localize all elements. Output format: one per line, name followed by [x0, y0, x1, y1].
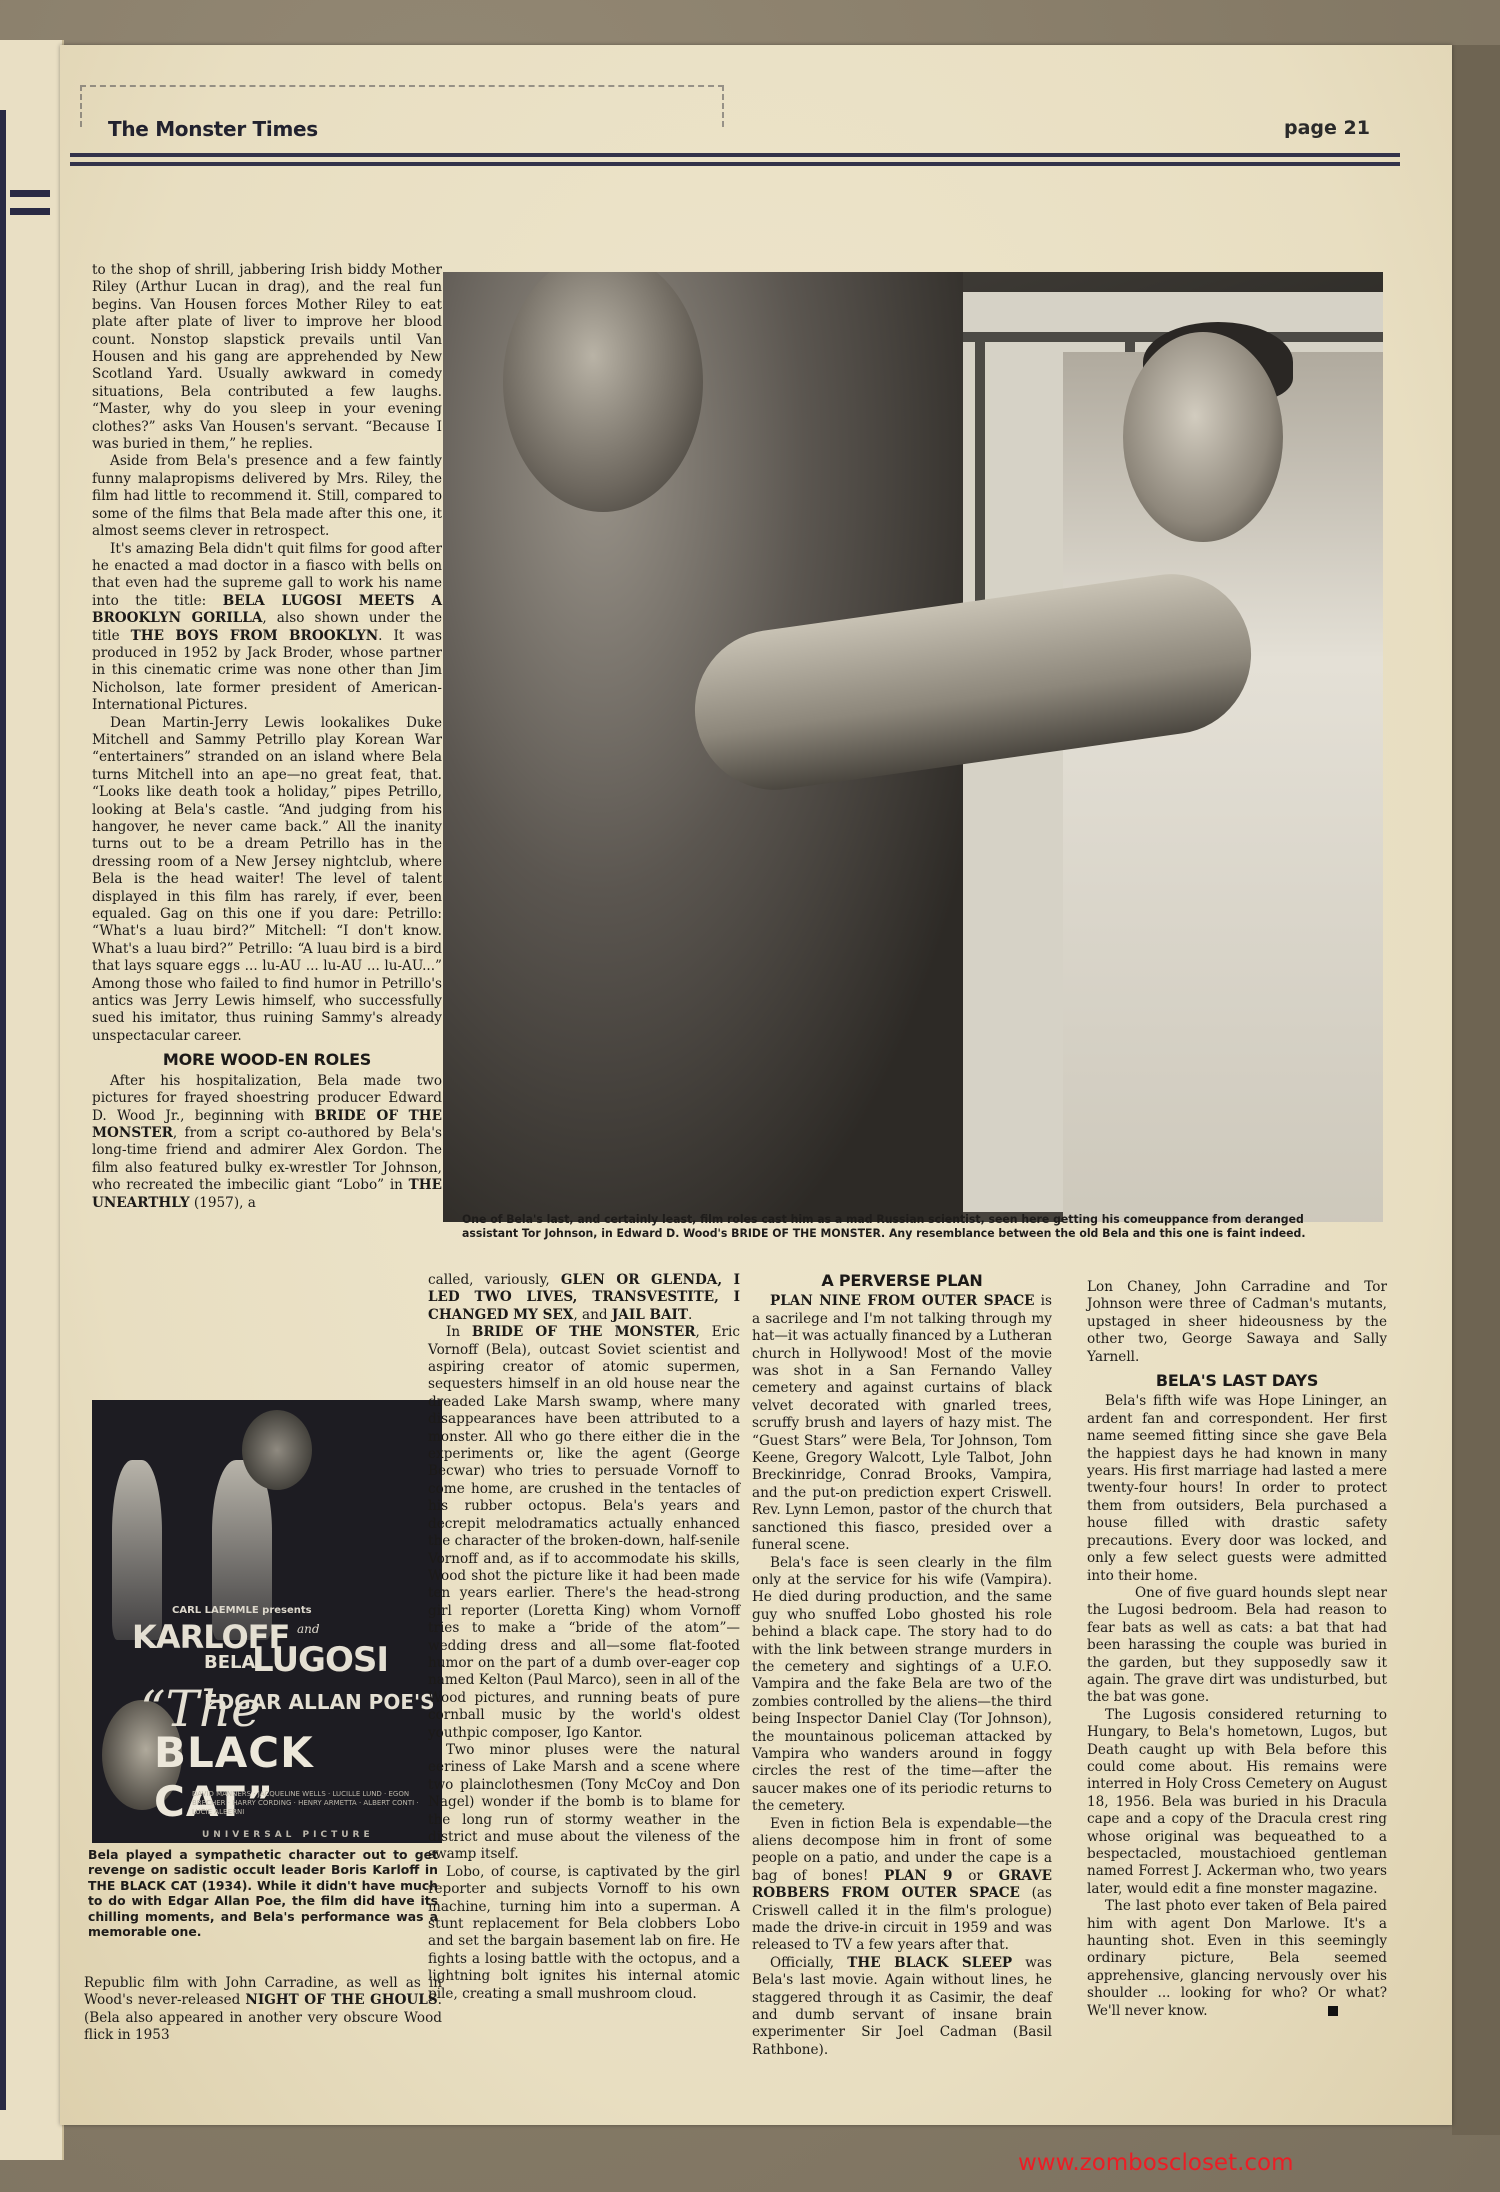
paragraph: The Lugosis considered returning to Hung… — [1087, 1707, 1387, 1898]
film-title: NIGHT OF THE GHOULS — [245, 1992, 437, 2008]
film-title: BRIDE OF THE MONSTER — [472, 1324, 696, 1340]
adjacent-page-edge — [0, 40, 64, 2160]
paragraph: to the shop of shrill, jabbering Irish b… — [92, 262, 442, 453]
poster-star2-last: LUGOSI — [252, 1640, 388, 1680]
paragraph: Aside from Bela's presence and a few fai… — [92, 453, 442, 540]
poster-caption: Bela played a sympathetic character out … — [88, 1847, 438, 1939]
main-photo — [443, 272, 1383, 1222]
paragraph: Dean Martin-Jerry Lewis lookalikes Duke … — [92, 715, 442, 1046]
end-of-article-mark-icon — [1328, 2006, 1338, 2016]
paragraph: Two minor pluses were the natural eerine… — [428, 1742, 740, 1864]
poster-star2-first: BELA — [204, 1652, 255, 1673]
page-number: page 21 — [1284, 117, 1370, 139]
film-title: THE BLACK SLEEP — [847, 1955, 1012, 1971]
poster-and: and — [297, 1622, 320, 1636]
paragraph: Republic film with John Carradine, as we… — [84, 1975, 442, 2045]
watermark: www.zomboscloset.com — [1018, 2150, 1294, 2176]
publication-title: The Monster Times — [108, 117, 318, 141]
black-cat-poster: CARL LAEMMLE presents KARLOFF and BELA L… — [92, 1400, 442, 1843]
section-heading: BELA'S LAST DAYS — [1087, 1372, 1387, 1389]
film-title: THE BOYS FROM BROOKLYN — [131, 628, 379, 644]
paragraph: Bela's fifth wife was Hope Lininger, an … — [1087, 1393, 1387, 1584]
paragraph: called, variously, GLEN OR GLENDA, I LED… — [428, 1272, 740, 1324]
paragraph: It's amazing Bela didn't quit films for … — [92, 541, 442, 715]
masthead-rule — [70, 162, 1400, 166]
paragraph: Lon Chaney, John Carradine and Tor Johns… — [1087, 1279, 1387, 1366]
paragraph: In BRIDE OF THE MONSTER, Eric Vornoff (B… — [428, 1324, 740, 1742]
paragraph: Even in fiction Bela is expendable—the a… — [752, 1816, 1052, 1955]
paragraph: Bela's face is seen clearly in the film … — [752, 1555, 1052, 1816]
poster-studio: UNIVERSAL PICTURE — [202, 1830, 374, 1840]
paragraph: One of five guard hounds slept near the … — [1087, 1585, 1387, 1707]
paragraph: The last photo ever taken of Bela paired… — [1087, 1898, 1387, 2020]
paragraph: After his hospitalization, Bela made two… — [92, 1073, 442, 1212]
poster-credits: DAVID MANNERS · JACQUELINE WELLS · LUCIL… — [192, 1790, 432, 1817]
paragraph: PLAN NINE FROM OUTER SPACE is a sacrileg… — [752, 1293, 1052, 1554]
section-heading: A PERVERSE PLAN — [752, 1272, 1052, 1289]
film-title: PLAN NINE FROM OUTER SPACE — [770, 1293, 1035, 1309]
article-column-3: A PERVERSE PLAN PLAN NINE FROM OUTER SPA… — [752, 1272, 1052, 2059]
article-column-4: Lon Chaney, John Carradine and Tor Johns… — [1087, 1279, 1387, 2020]
main-photo-caption: One of Bela's last, and certainly least,… — [462, 1212, 1317, 1240]
section-heading: MORE WOOD-EN ROLES — [92, 1051, 442, 1068]
bela-lugosi-head — [1123, 332, 1283, 542]
poster-karloff-face — [242, 1410, 312, 1490]
adjacent-page-rule — [0, 110, 6, 2110]
article-column-1-continued: Republic film with John Carradine, as we… — [84, 1975, 442, 2045]
adjacent-page-bar — [10, 190, 50, 197]
paragraph: Officially, THE BLACK SLEEP was Bela's l… — [752, 1955, 1052, 2059]
article-column-2: called, variously, GLEN OR GLENDA, I LED… — [428, 1272, 740, 2003]
film-title: JAIL BAIT — [612, 1307, 688, 1323]
article-column-1: to the shop of shrill, jabbering Irish b… — [92, 262, 442, 1212]
film-title: PLAN 9 — [884, 1868, 952, 1884]
poster-presenter: CARL LAEMMLE presents — [172, 1605, 312, 1616]
adjacent-page-bar — [10, 208, 50, 215]
background-edge — [1452, 45, 1500, 2135]
poster-author: EDGAR ALLAN POE'S — [204, 1690, 435, 1714]
paragraph: Lobo, of course, is captivated by the gi… — [428, 1864, 740, 2003]
masthead-rule — [70, 153, 1400, 157]
